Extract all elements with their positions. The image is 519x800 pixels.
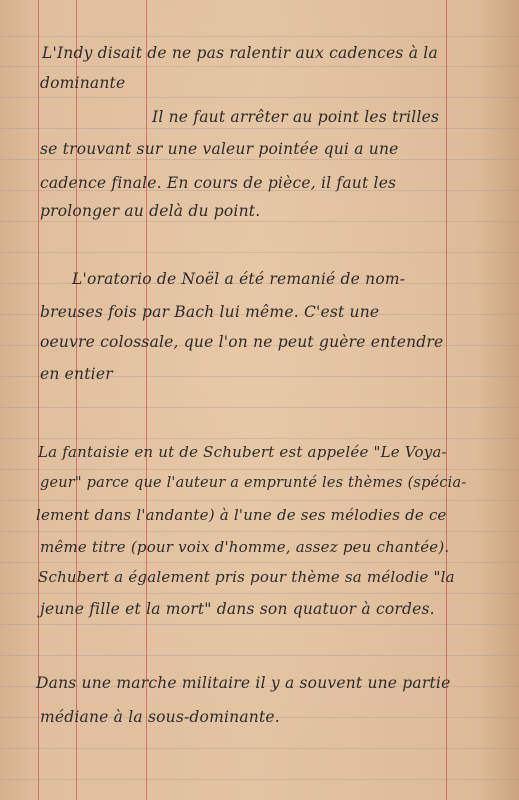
ruled-line: [0, 66, 519, 67]
text-line: dominante: [40, 74, 125, 92]
ruled-line: [0, 97, 519, 98]
ruled-line: [0, 531, 519, 532]
ruled-line: [0, 252, 519, 253]
ruled-line: [0, 221, 519, 222]
ruled-line: [0, 500, 519, 501]
text-line: prolonger au delà du point.: [40, 202, 260, 220]
text-line: La fantaisie en ut de Schubert est appel…: [38, 443, 447, 461]
text-line: geur" parce que l'auteur a emprunté les …: [40, 475, 466, 491]
text-line: en entier: [40, 365, 113, 383]
notebook-page: L'Indy disait de ne pas ralentir aux cad…: [0, 0, 519, 800]
text-line: Schubert a également pris pour thème sa …: [38, 568, 455, 586]
text-line: lement dans l'andante) à l'une de ses mé…: [36, 506, 447, 524]
ruled-line: [0, 128, 519, 129]
text-line: Dans une marche militaire il y a souvent…: [36, 674, 450, 692]
text-line: médiane à la sous-dominante.: [40, 708, 280, 726]
ruled-line: [0, 655, 519, 656]
ruled-line: [0, 748, 519, 749]
ruled-line: [0, 624, 519, 625]
text-line: breuses fois par Bach lui même. C'est un…: [40, 303, 379, 321]
ruled-line: [0, 562, 519, 563]
ruled-line: [0, 593, 519, 594]
text-line: L'oratorio de Noël a été remanié de nom-: [72, 270, 405, 288]
ruled-line: [0, 469, 519, 470]
text-line: jeune fille et la mort" dans son quatuor…: [40, 600, 435, 618]
text-line: cadence finale. En cours de pièce, il fa…: [40, 174, 396, 192]
text-line: L'Indy disait de ne pas ralentir aux cad…: [42, 44, 438, 62]
text-line: Il ne faut arrêter au point les trilles: [152, 108, 439, 126]
ruled-line: [0, 36, 519, 37]
ruled-line: [0, 438, 519, 439]
ruled-line: [0, 779, 519, 780]
text-line: oeuvre colossale, que l'on ne peut guère…: [40, 333, 443, 351]
ruled-line: [0, 407, 519, 408]
text-line: même titre (pour voix d'homme, assez peu…: [40, 538, 449, 556]
text-line: se trouvant sur une valeur pointée qui a…: [40, 140, 399, 158]
ruled-line: [0, 159, 519, 160]
